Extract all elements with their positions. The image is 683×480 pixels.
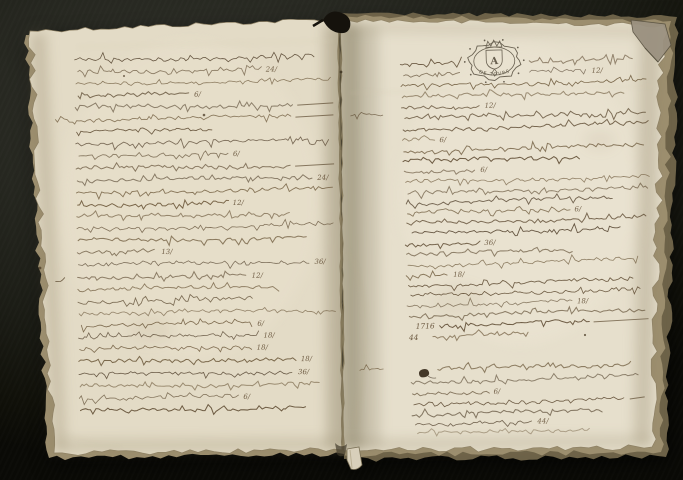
foxing-spot: [39, 267, 42, 270]
year-label: 44: [408, 333, 419, 342]
amount-label: 24/: [265, 65, 278, 73]
amount-label: 6/: [480, 166, 488, 174]
amount-label: 36/: [314, 258, 326, 266]
amount-label: 36/: [298, 368, 310, 376]
foxing-spot: [123, 75, 125, 77]
year-label: 1716: [416, 321, 436, 331]
amount-label: 6/: [493, 388, 501, 396]
paper-stain: [128, 316, 172, 344]
amount-label: 6/: [243, 393, 251, 401]
stamp-monogram: A: [489, 56, 498, 67]
manuscript-scan: 24/6/6/24/12/13/36/12/6/18/18/18/36/6/ A…: [0, 0, 683, 480]
amount-label: 24/: [316, 174, 329, 182]
binding-tab: [347, 447, 362, 470]
amount-label: 18/: [257, 344, 269, 352]
amount-label: 12/: [484, 102, 496, 110]
amount-label: 6/: [257, 320, 265, 328]
foxing-spot: [584, 334, 586, 336]
amount-label: 12/: [252, 272, 264, 280]
amount-label: 18/: [577, 297, 589, 305]
amount-label: 6/: [194, 90, 202, 98]
amount-label: 13/: [161, 248, 173, 256]
open-register-book: 24/6/6/24/12/13/36/12/6/18/18/18/36/6/ A…: [24, 12, 678, 470]
amount-label: 36/: [484, 239, 496, 247]
foxing-spot: [203, 114, 206, 117]
paper-stain: [584, 130, 616, 150]
amount-label: 6/: [439, 136, 447, 144]
amount-label: 6/: [233, 150, 241, 158]
amount-label: 6/: [574, 205, 582, 213]
amount-label: 18/: [453, 270, 465, 278]
amount-label: 12/: [591, 67, 603, 75]
amount-label: 18/: [263, 331, 275, 339]
amount-label: 44/: [536, 417, 549, 425]
sewing-hole: [340, 71, 343, 74]
paper-stain: [434, 284, 486, 316]
amount-label: 18/: [301, 355, 313, 363]
amount-label: 12/: [233, 199, 245, 207]
photo-background: 24/6/6/24/12/13/36/12/6/18/18/18/36/6/ A…: [0, 0, 683, 480]
